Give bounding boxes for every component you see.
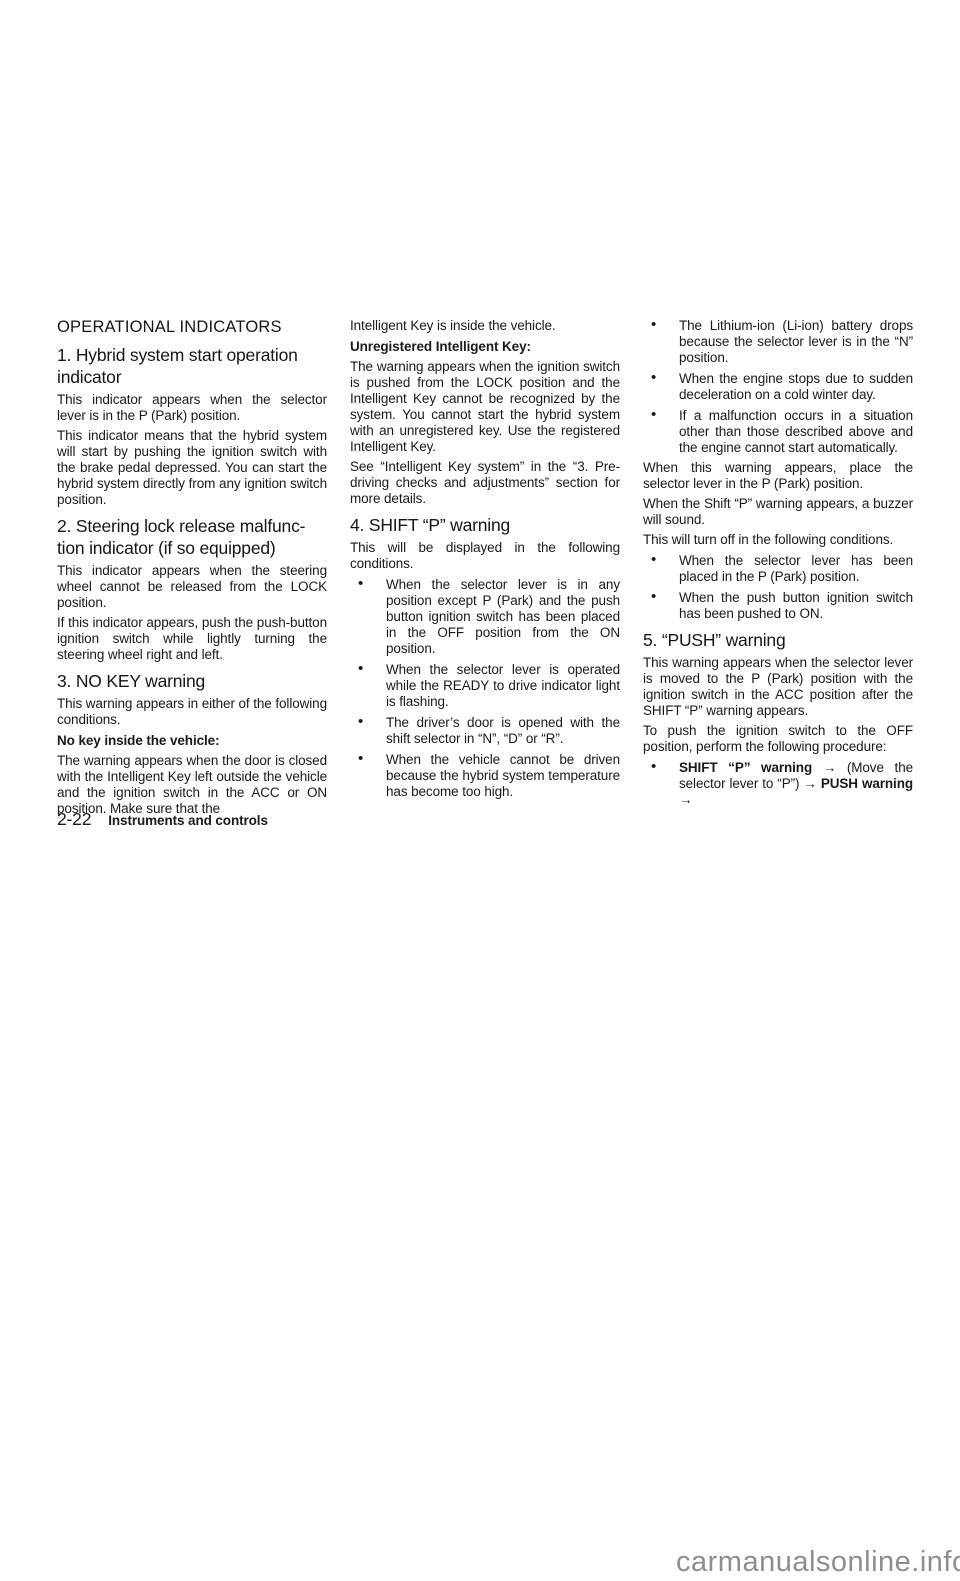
section-5-title-line-1: 5. “PUSH” warning: [643, 629, 913, 651]
page-column-1: OPERATIONAL INDICATORS 1. Hybrid system …: [57, 318, 327, 817]
paragraph: The warning appears when the door is clo…: [57, 753, 327, 817]
procedure-item: SHIFT “P” warning → (Move the selec­tor …: [643, 760, 913, 808]
procedure-bold-push: PUSH warning: [821, 776, 913, 791]
bullet-list: When the selector lever is in any positi…: [350, 577, 620, 800]
paragraph: Intelligent Key is inside the vehicle.: [350, 318, 620, 334]
list-item: If a malfunction occurs in a situation o…: [643, 408, 913, 456]
paragraph: This will turn off in the following cond…: [643, 532, 913, 548]
bullet-list: When the selector lever has been placed …: [643, 553, 913, 622]
page-footer: 2-22Instruments and controls: [57, 809, 268, 830]
page-number: 2-22: [57, 809, 91, 829]
manual-page: OPERATIONAL INDICATORS 1. Hybrid system …: [0, 0, 960, 1581]
watermark-text: carmanualsonline.info: [676, 1546, 960, 1578]
arrow-right-icon: →: [679, 792, 692, 807]
procedure-list: SHIFT “P” warning → (Move the selec­tor …: [643, 760, 913, 808]
page-column-3: The Lithium-ion (Li-ion) battery drops b…: [643, 318, 913, 808]
paragraph: When this warning appears, place the sel…: [643, 460, 913, 492]
section-2-title: 2. Steering lock release malfunc- tion i…: [57, 515, 327, 559]
paragraph: The warning appears when the ignition sw…: [350, 359, 620, 455]
paragraph: To push the ignition switch to the OFF p…: [643, 723, 913, 755]
section-3-title: 3. NO KEY warning: [57, 670, 327, 692]
paragraph: When the Shift “P” warning appears, a bu…: [643, 496, 913, 528]
condition-label: Unregistered Intelligent Key:: [350, 339, 620, 355]
paragraph: This indicator appears when the steering…: [57, 563, 327, 611]
list-item: When the push button ignition switch has…: [643, 590, 913, 622]
list-item: When the vehicle cannot be driven becaus…: [350, 752, 620, 800]
list-item: When the selector lever is operated whil…: [350, 662, 620, 710]
page-title: OPERATIONAL INDICATORS: [57, 318, 327, 337]
section-1-title-line-1: 1. Hybrid system start operation: [57, 344, 327, 366]
paragraph: If this indicator appears, push the push…: [57, 615, 327, 663]
section-3-title-line-1: 3. NO KEY warning: [57, 670, 327, 692]
paragraph: This indicator means that the hybrid sys…: [57, 428, 327, 508]
list-item: When the selector lever has been placed …: [643, 553, 913, 585]
section-5-title: 5. “PUSH” warning: [643, 629, 913, 651]
list-item: When the selector lever is in any positi…: [350, 577, 620, 657]
list-item: The driver’s door is opened with the shi…: [350, 715, 620, 747]
page-column-2: Intelligent Key is inside the vehicle. U…: [350, 318, 620, 800]
arrow-right-icon: →: [799, 776, 820, 791]
section-4-title-line-1: 4. SHIFT “P” warning: [350, 514, 620, 536]
arrow-right-icon: →: [812, 760, 847, 775]
paragraph: This indicator appears when the selector…: [57, 392, 327, 424]
bullet-list: The Lithium-ion (Li-ion) battery drops b…: [643, 318, 913, 456]
section-1-title-line-2: indicator: [57, 366, 327, 388]
paragraph: This will be displayed in the following …: [350, 540, 620, 572]
paragraph: This warning appears in either of the fo…: [57, 696, 327, 728]
procedure-bold-shift-p: SHIFT “P” warning: [679, 760, 812, 775]
paragraph: This warning appears when the selector l…: [643, 655, 913, 719]
section-4-title: 4. SHIFT “P” warning: [350, 514, 620, 536]
list-item: When the engine stops due to sudden dece…: [643, 371, 913, 403]
paragraph: See “Intelligent Key system” in the “3. …: [350, 459, 620, 507]
section-2-title-line-1: 2. Steering lock release malfunc-: [57, 515, 327, 537]
section-2-title-line-2: tion indicator (if so equipped): [57, 537, 327, 559]
condition-label: No key inside the vehicle:: [57, 733, 327, 749]
footer-section-label: Instruments and controls: [108, 813, 268, 828]
section-1-title: 1. Hybrid system start operation indicat…: [57, 344, 327, 388]
list-item: The Lithium-ion (Li-ion) battery drops b…: [643, 318, 913, 366]
